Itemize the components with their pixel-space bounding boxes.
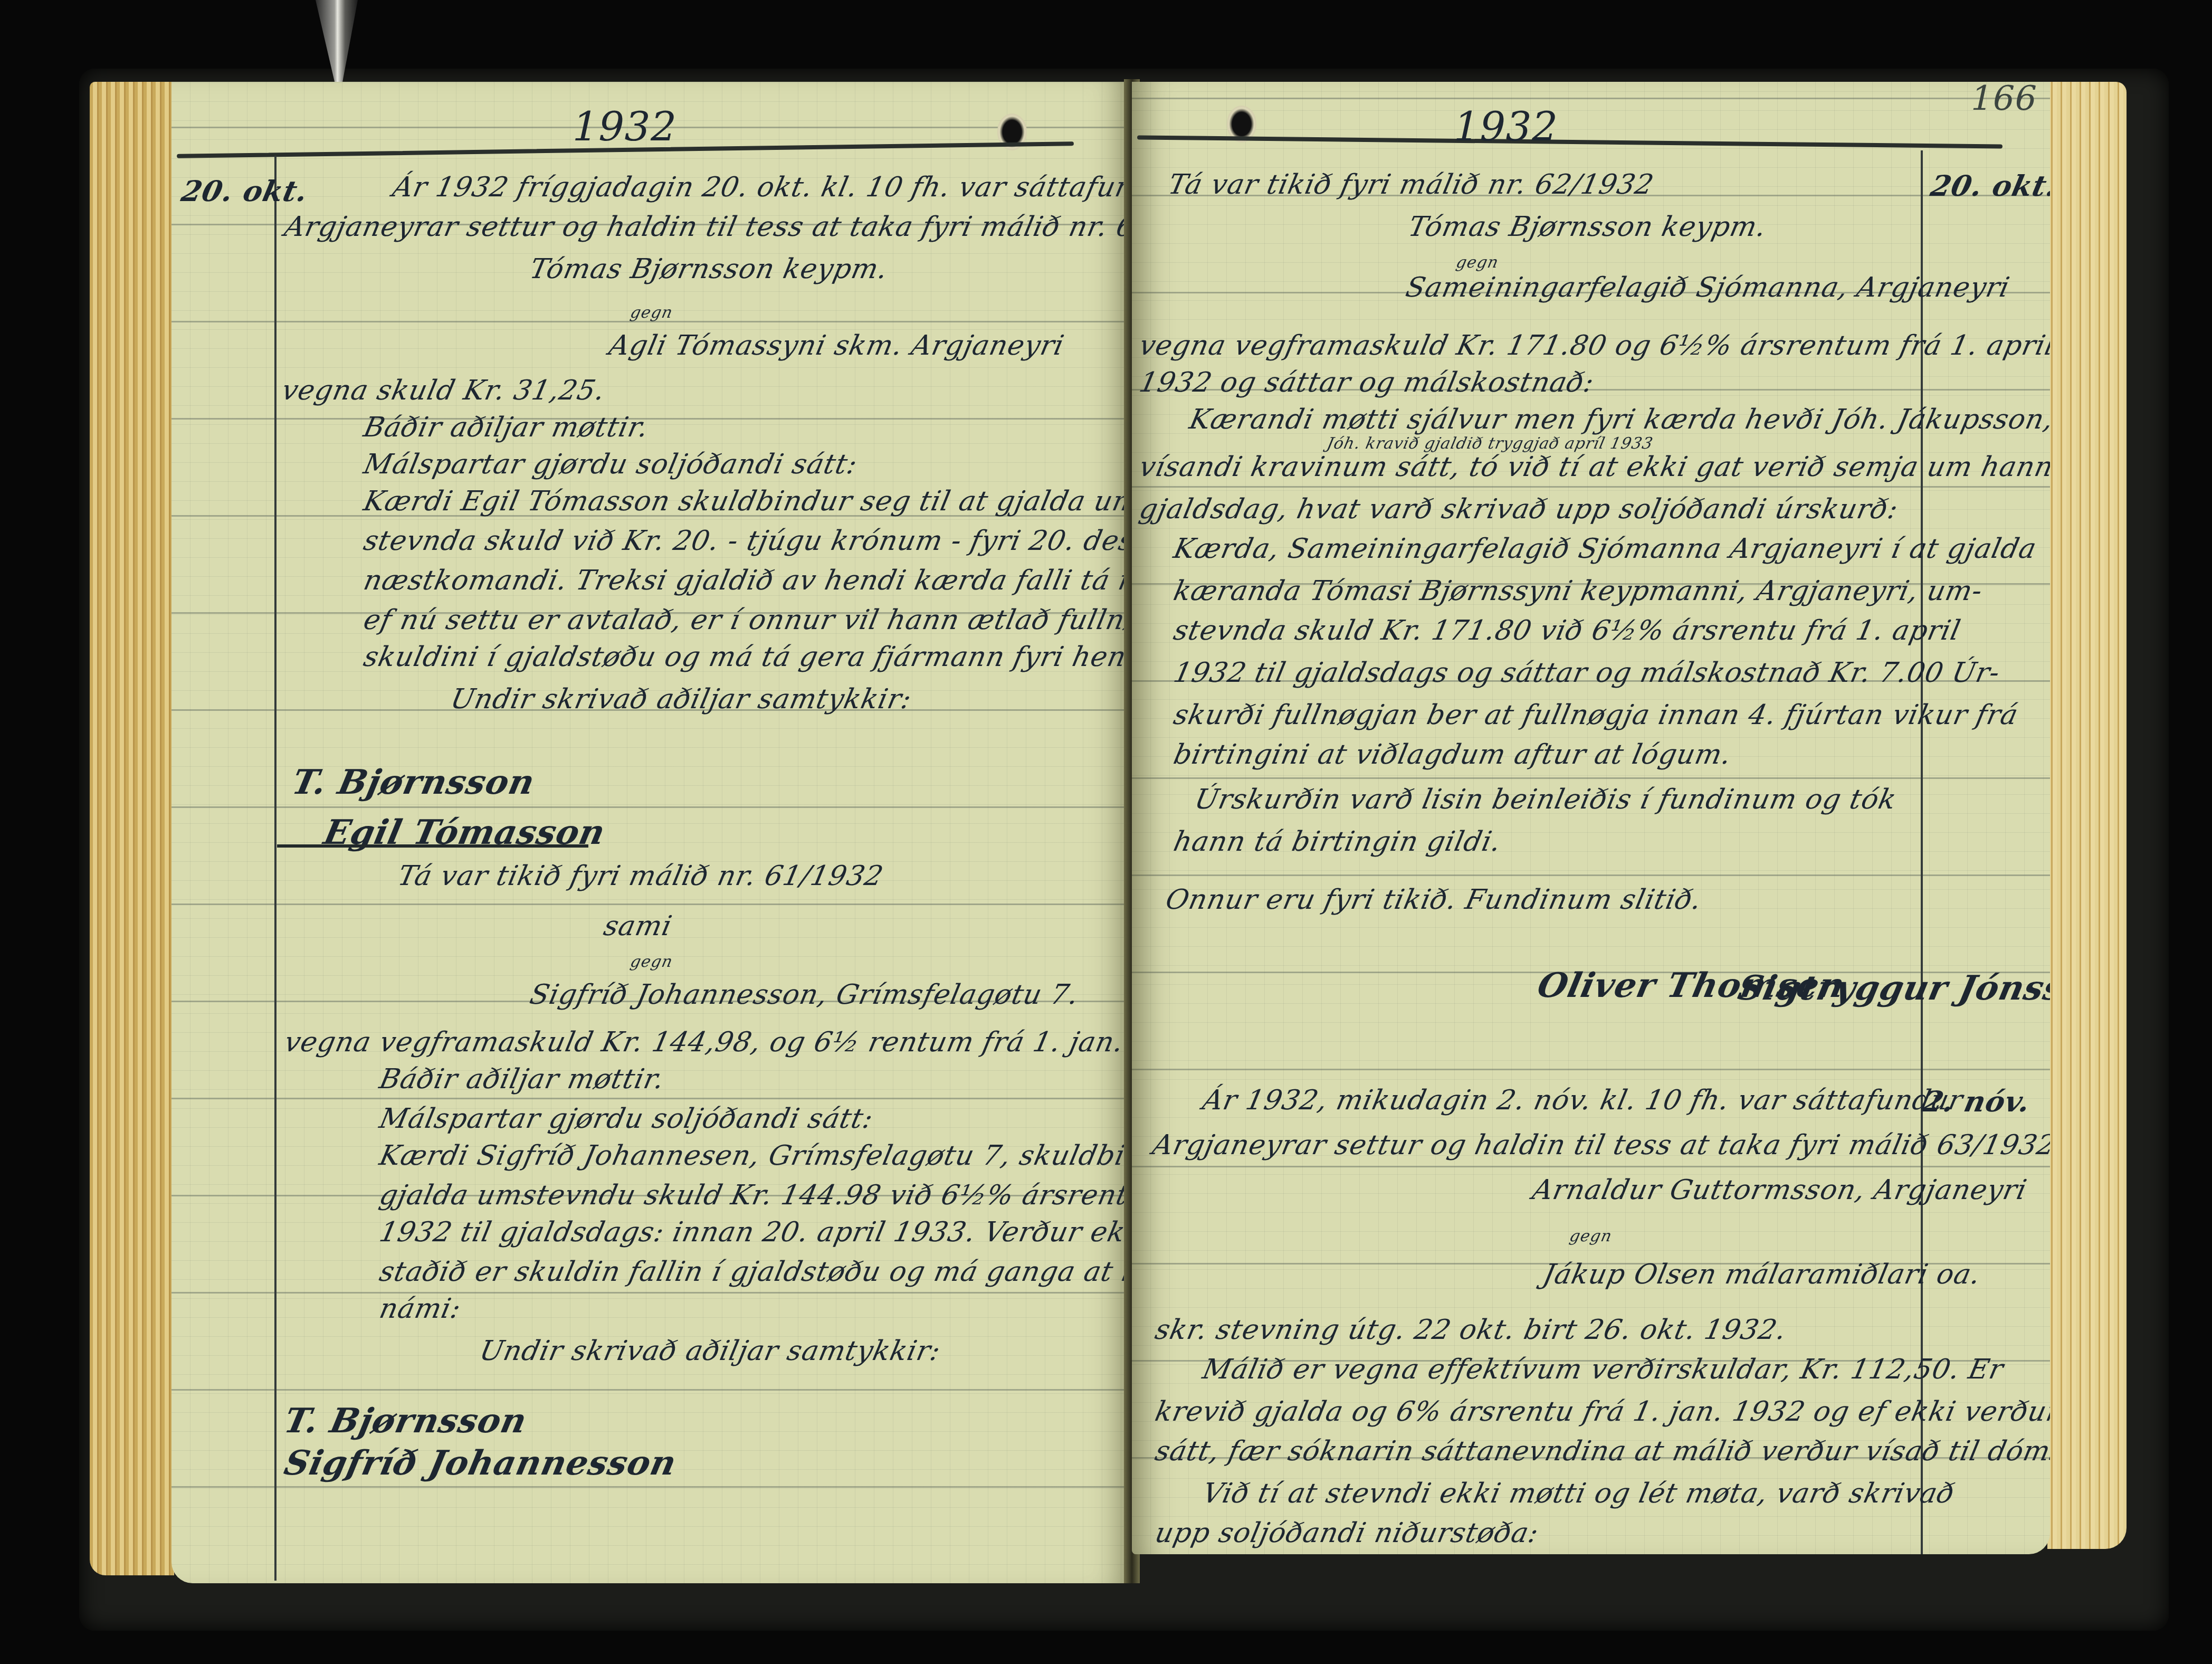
left-page: 1932 20. okt. Ár 1932 fríggjadagin 20. o… xyxy=(171,82,1132,1583)
margin-line xyxy=(274,156,276,1581)
body-line: Málið er vegna effektívum verðirskuldar,… xyxy=(1200,1354,2007,1385)
body-line: Við tí at stevndi ekki møtti og lét møta… xyxy=(1200,1478,1958,1509)
margin-date: 2. nóv. xyxy=(1920,1085,2034,1118)
defendant-name: Sigfríð Johannesson, Grímsfelagøtu 7. xyxy=(527,979,1082,1011)
body-line: Málspartar gjørdu soljóðandi sátt: xyxy=(361,449,861,480)
body-line: stevnda skuld Kr. 171.80 við 6½% ársrent… xyxy=(1171,615,1964,646)
header-year: 1932 xyxy=(1449,103,1563,150)
body-line: skr. stevning útg. 22 okt. birt 26. okt.… xyxy=(1152,1314,1790,1346)
gegn-label: gegn xyxy=(628,303,674,322)
body-line: krevið gjalda og 6% ársrentu frá 1. jan.… xyxy=(1152,1396,2050,1428)
signature: T. Bjørnsson xyxy=(289,763,538,802)
body-line: stevnda skuld við Kr. 20. - tjúgu krónum… xyxy=(361,525,1132,557)
body-line: 1932 til gjaldsdags og sáttar og málskos… xyxy=(1171,657,2003,689)
body-line: Kærandi møtti sjálvur men fyri kærda hev… xyxy=(1187,404,2050,435)
entry-line: Ár 1932 fríggjadagin 20. okt. kl. 10 fh.… xyxy=(390,172,1132,203)
right-page-edges xyxy=(2047,82,2127,1549)
defendant-name: Jákup Olsen málaramiðlari oa. xyxy=(1540,1259,1984,1290)
header-rule xyxy=(1137,135,2003,148)
body-line: Kærda, Sameiningarfelagið Sjómanna Argja… xyxy=(1171,533,2039,565)
body-line: upp soljóðandi niðurstøða: xyxy=(1152,1517,1542,1549)
body-line: hann tá birtingin gildi. xyxy=(1171,826,1504,858)
body-line: Undir skrivað aðiljar samtykkir: xyxy=(448,683,915,715)
body-line: námi: xyxy=(377,1293,464,1325)
body-line: gjalda umstevndu skuld Kr. 144.98 við 6½… xyxy=(377,1180,1132,1211)
body-line: birtingini at viðlagdum aftur at lógum. xyxy=(1171,739,1734,771)
margin-date: 20. okt. xyxy=(178,174,311,208)
body-line: Úrskurðin varð lisin beinleiðis í fundin… xyxy=(1192,784,1900,815)
plaintiff-name: Tómas Bjørnsson keypm. xyxy=(1406,211,1770,243)
claim-line: vegna skuld Kr. 31,25. xyxy=(279,375,608,406)
entry-line: Argjaneyrar settur og haldin til tess at… xyxy=(282,211,1132,243)
entry-line: Ár 1932, mikudagin 2. nóv. kl. 10 fh. va… xyxy=(1200,1085,1966,1116)
body-line: sátt, fær sóknarin sáttanevndina at máli… xyxy=(1152,1435,2050,1467)
gegn-label: gegn xyxy=(1568,1227,1614,1245)
body-line: Kærdi Sigfríð Johannesen, Grímsfelagøtu … xyxy=(377,1140,1132,1172)
plaintiff-name: sami xyxy=(601,910,675,942)
body-line: Báðir aðiljar møttir. xyxy=(377,1063,668,1095)
margin-date: 20. okt. xyxy=(1928,169,2050,203)
body-line: Báðir aðiljar møttir. xyxy=(361,412,652,443)
interlinear-note: Jóh. kravið gjaldið tryggjað apríl 1933 xyxy=(1325,434,1655,453)
page-number: 166 xyxy=(1967,82,2041,118)
entry-line: Argjaneyrar settur og haldin til tess at… xyxy=(1150,1129,2050,1161)
body-line: skuldini í gjaldstøðu og má tá gera fjár… xyxy=(361,641,1132,673)
body-line: gjaldsdag, hvat varð skrivað upp soljóða… xyxy=(1137,493,1901,525)
right-page: 1932 166 20. okt. Tá var tikið fyri máli… xyxy=(1132,82,2050,1554)
claim-line: vegna vegframaskuld Kr. 144,98, og 6½ re… xyxy=(282,1026,1132,1058)
body-line: Málspartar gjørdu soljóðandi sátt: xyxy=(377,1103,876,1135)
defendant-name: Agli Tómassyni skm. Argjaneyri xyxy=(606,330,1067,362)
left-page-edges xyxy=(90,82,174,1575)
plaintiff-name: Arnaldur Guttormsson, Argjaneyri xyxy=(1530,1174,2030,1206)
body-line: næstkomandi. Treksi gjaldið av hendi kær… xyxy=(361,565,1132,596)
body-line: staðið er skuldin fallin í gjaldstøðu og… xyxy=(377,1256,1132,1288)
body-line: Undir skrivað aðiljar samtykkir: xyxy=(477,1335,944,1367)
claim-line: vegna vegframaskuld Kr. 171.80 og 6½% ár… xyxy=(1137,330,2050,362)
body-line: vísandi kravinum sátt, tó við tí at ekki… xyxy=(1137,451,2050,483)
body-line: ef nú settu er avtalað, er í onnur vil h… xyxy=(361,604,1132,636)
defendant-name: Sameiningarfelagið Sjómanna, Argjaneyri xyxy=(1403,272,2013,303)
plaintiff-name: Tómas Bjørnsson keypm. xyxy=(527,253,891,285)
gegn-label: gegn xyxy=(628,953,674,971)
gegn-label: gegn xyxy=(1454,253,1500,272)
header-year: 1932 xyxy=(568,103,682,150)
entry-line: Tá var tikið fyri málið nr. 61/1932 xyxy=(395,860,886,892)
body-line: Kærdi Egil Tómasson skuldbindur seg til … xyxy=(361,486,1132,517)
body-line: skurði fullnøgjan ber at fullnøgja innan… xyxy=(1171,699,2022,731)
claim-line: 1932 og sáttar og málskostnað: xyxy=(1137,367,1597,398)
body-line: 1932 til gjaldsdags: innan 20. april 193… xyxy=(377,1216,1132,1248)
body-line: kæranda Tómasi Bjørnssyni keypmanni, Arg… xyxy=(1171,575,1986,607)
section-divider xyxy=(277,844,588,848)
signature: Sigfríð Johannesson xyxy=(281,1443,680,1483)
closing-line: Onnur eru fyri tikið. Fundinum slitið. xyxy=(1163,884,1705,916)
signature: T. Bjørnsson xyxy=(281,1401,530,1441)
entry-line: Tá var tikið fyri málið nr. 62/1932 xyxy=(1166,169,1657,201)
signature: Sigtryggur Jónsson xyxy=(1734,968,2050,1008)
